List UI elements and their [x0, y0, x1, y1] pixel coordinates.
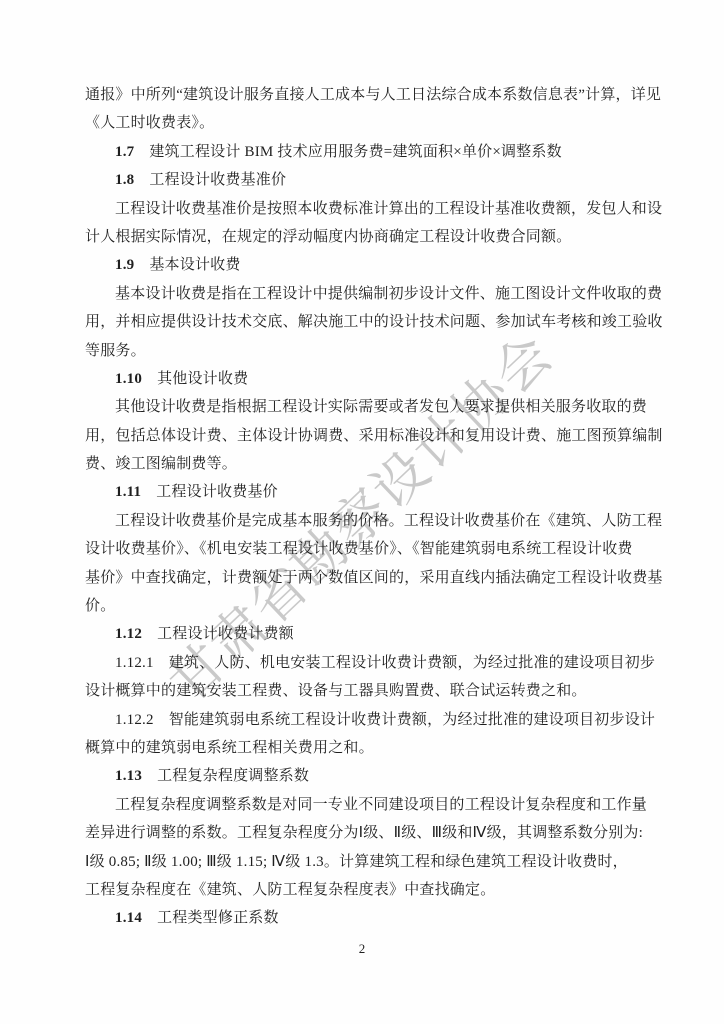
text-line: 1.13工程复杂程度调整系数 [85, 762, 643, 790]
text-line: 工程复杂程度调整系数是对同一专业不同建设项目的工程设计复杂程度和工作量 [85, 791, 643, 819]
text-line: 概算中的建筑弱电系统工程相关费用之和。 [85, 734, 643, 762]
text-line: 1.9基本设计收费 [85, 251, 643, 279]
text-line: 费、竣工图编制费等。 [85, 450, 643, 478]
line-text: 工程设计收费基准价 [149, 172, 286, 188]
page-number: 2 [0, 941, 724, 957]
text-line: 基价》中查找确定，计费额处于两个数值区间的，采用直线内插法确定工程设计收费基 [85, 564, 643, 592]
line-text: 等服务。 [85, 343, 146, 359]
text-line: 1.11工程设计收费基价 [85, 478, 643, 506]
item-number: 1.11 [115, 484, 141, 500]
text-line: 价。 [85, 592, 643, 620]
line-text: 用，包括总体设计费、主体设计协调费、采用标准设计和复用设计费、施工图预算编制 [85, 428, 663, 444]
line-text: 工程设计收费计费额 [157, 626, 294, 642]
item-number: 1.8 [115, 172, 134, 188]
text-line: Ⅰ级 0.85; Ⅱ级 1.00; Ⅲ级 1.15; Ⅳ级 1.3。计算建筑工程… [85, 848, 643, 876]
item-number: 1.14 [115, 910, 142, 926]
line-text: 工程类型修正系数 [157, 910, 279, 926]
line-text: 用，并相应提供设计技术交底、解决施工中的设计技术问题、参加试车考核和竣工验收 [85, 314, 663, 330]
item-number: 1.13 [115, 768, 142, 784]
document-text-column: 通报》中所列“建筑设计服务直接人工成本与人工日法综合成本系数信息表”计算，详见 … [85, 81, 643, 933]
line-text: 通报》中所列“建筑设计服务直接人工成本与人工日法综合成本系数信息表”计算，详见 [85, 87, 661, 103]
text-line: 《人工时收费表》。 [85, 109, 643, 137]
line-text: 工程复杂程度调整系数是对同一专业不同建设项目的工程设计复杂程度和工作量 [115, 797, 647, 813]
line-text: 设计概算中的建筑安装工程费、设备与工器具购置费、联合试运转费之和。 [85, 683, 587, 699]
line-text: 智能建筑弱电系统工程设计收费计费额，为经过批准的建设项目初步设计 [169, 712, 655, 728]
line-text: 工程复杂程度调整系数 [157, 768, 309, 784]
text-line: 等服务。 [85, 337, 643, 365]
text-line: 1.7建筑工程设计 BIM 技术应用服务费=建筑面积×单价×调整系数 [85, 138, 643, 166]
line-text: 工程设计收费基准价是按照本收费标准计算出的工程设计基准收费额，发包人和设 [115, 201, 662, 217]
line-text: 工程设计收费基价 [156, 484, 278, 500]
line-text: 其他设计收费是指根据工程设计实际需要或者发包人要求提供相关服务收取的费 [115, 399, 647, 415]
line-text: 工程复杂程度在《建筑、人防工程复杂程度表》中查找确定。 [85, 882, 495, 898]
item-number: 1.12.2 [115, 712, 154, 728]
text-line: 差异进行调整的系数。工程复杂程度分为Ⅰ级、Ⅱ级、Ⅲ级和Ⅳ级，其调整系数分别为: [85, 819, 643, 847]
document-page: 甘肃省勘察设计协会 通报》中所列“建筑设计服务直接人工成本与人工日法综合成本系数… [0, 0, 724, 1024]
text-line: 设计概算中的建筑安装工程费、设备与工器具购置费、联合试运转费之和。 [85, 677, 643, 705]
text-line: 用，包括总体设计费、主体设计协调费、采用标准设计和复用设计费、施工图预算编制 [85, 422, 643, 450]
text-line: 1.12.1建筑、人防、机电安装工程设计收费计费额，为经过批准的建设项目初步 [85, 649, 643, 677]
line-text: 基本设计收费 [149, 257, 240, 273]
text-line: 工程设计收费基准价是按照本收费标准计算出的工程设计基准收费额，发包人和设 [85, 195, 643, 223]
line-text: 费、竣工图编制费等。 [85, 456, 237, 472]
line-text: 价。 [85, 598, 115, 614]
line-text: 设计收费基价》、《机电安装工程设计收费基价》、《智能建筑弱电系统工程设计收费 [85, 541, 633, 557]
line-text: 基本设计收费是指在工程设计中提供编制初步设计文件、施工图设计文件收取的费 [115, 286, 662, 302]
text-line: 1.12.2智能建筑弱电系统工程设计收费计费额，为经过批准的建设项目初步设计 [85, 706, 643, 734]
text-line: 1.12工程设计收费计费额 [85, 620, 643, 648]
line-text: 基价》中查找确定，计费额处于两个数值区间的，采用直线内插法确定工程设计收费基 [85, 570, 663, 586]
line-text: 计人根据实际情况，在规定的浮动幅度内协商确定工程设计收费合同额。 [85, 229, 571, 245]
text-line: 设计收费基价》、《机电安装工程设计收费基价》、《智能建筑弱电系统工程设计收费 [85, 535, 643, 563]
item-number: 1.9 [115, 257, 134, 273]
text-line: 1.10其他设计收费 [85, 365, 643, 393]
item-number: 1.12.1 [115, 655, 154, 671]
line-text: 其他设计收费 [157, 371, 248, 387]
line-text: 建筑、人防、机电安装工程设计收费计费额，为经过批准的建设项目初步 [169, 655, 655, 671]
text-line: 用，并相应提供设计技术交底、解决施工中的设计技术问题、参加试车考核和竣工验收 [85, 308, 643, 336]
text-line: 工程设计收费基价是完成基本服务的价格。工程设计收费基价在《建筑、人防工程 [85, 507, 643, 535]
text-line: 其他设计收费是指根据工程设计实际需要或者发包人要求提供相关服务收取的费 [85, 393, 643, 421]
text-line: 计人根据实际情况，在规定的浮动幅度内协商确定工程设计收费合同额。 [85, 223, 643, 251]
text-line: 基本设计收费是指在工程设计中提供编制初步设计文件、施工图设计文件收取的费 [85, 280, 643, 308]
item-number: 1.7 [115, 144, 134, 160]
line-text: Ⅰ级 0.85; Ⅱ级 1.00; Ⅲ级 1.15; Ⅳ级 1.3。计算建筑工程… [85, 854, 628, 870]
line-text: 建筑工程设计 BIM 技术应用服务费=建筑面积×单价×调整系数 [149, 144, 561, 160]
text-line: 工程复杂程度在《建筑、人防工程复杂程度表》中查找确定。 [85, 876, 643, 904]
item-number: 1.12 [115, 626, 142, 642]
text-line: 1.14工程类型修正系数 [85, 904, 643, 932]
text-line: 通报》中所列“建筑设计服务直接人工成本与人工日法综合成本系数信息表”计算，详见 [85, 81, 643, 109]
line-text: 概算中的建筑弱电系统工程相关费用之和。 [85, 740, 374, 756]
line-text: 《人工时收费表》。 [85, 115, 214, 131]
line-text: 差异进行调整的系数。工程复杂程度分为Ⅰ级、Ⅱ级、Ⅲ级和Ⅳ级，其调整系数分别为: [85, 825, 643, 841]
line-text: 工程设计收费基价是完成基本服务的价格。工程设计收费基价在《建筑、人防工程 [115, 513, 662, 529]
text-line: 1.8工程设计收费基准价 [85, 166, 643, 194]
item-number: 1.10 [115, 371, 142, 387]
